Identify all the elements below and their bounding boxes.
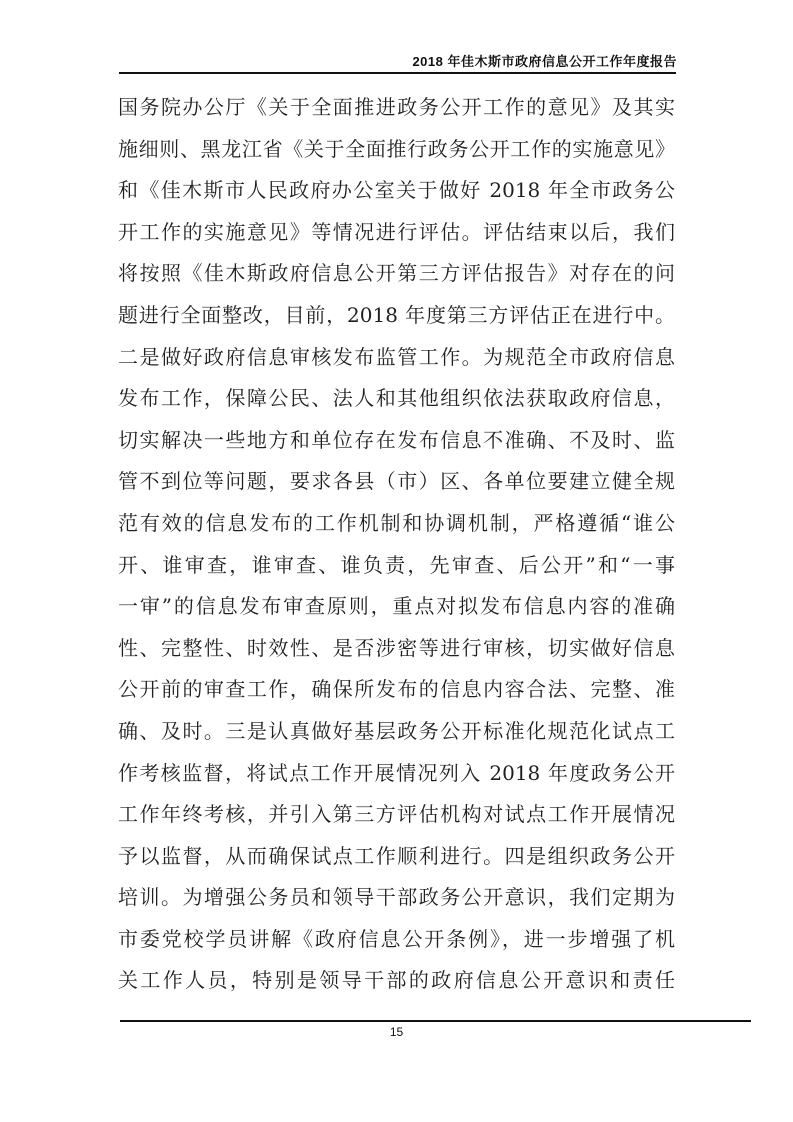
body-line: 培训。为增强公务员和领导干部政务公开意识，我们定期为 [118, 877, 675, 919]
body-line: 性、完整性、时效性、是否涉密等进行审核，切实做好信息 [118, 628, 675, 670]
header-rule [119, 72, 676, 74]
body-line: 范有效的信息发布的工作机制和协调机制，严格遵循“谁公 [118, 503, 675, 545]
body-line: 工作年终考核，并引入第三方评估机构对试点工作开展情况 [118, 794, 675, 836]
page-number: 15 [0, 1025, 793, 1039]
body-line: 市委党校学员讲解《政府信息公开条例》，进一步增强了机 [118, 919, 675, 961]
body-line: 开工作的实施意见》等情况进行评估。评估结束以后，我们 [118, 212, 675, 254]
body-line: 二是做好政府信息审核发布监管工作。为规范全市政府信息 [118, 337, 675, 379]
body-line: 国务院办公厅《关于全面推进政务公开工作的意见》及其实 [118, 87, 675, 129]
body-line: 题进行全面整改，目前，2018 年度第三方评估正在进行中。 [118, 295, 675, 337]
body-line: 一审”的信息发布审查原则，重点对拟发布信息内容的准确 [118, 586, 675, 628]
body-line: 施细则、黑龙江省《关于全面推行政务公开工作的实施意见》 [118, 129, 675, 171]
report-page: 2018 年佳木斯市政府信息公开工作年度报告 国务院办公厅《关于全面推进政务公开… [0, 0, 793, 1122]
body-line: 切实解决一些地方和单位存在发布信息不准确、不及时、监 [118, 420, 675, 462]
body-line: 公开前的审查工作，确保所发布的信息内容合法、完整、准 [118, 669, 675, 711]
body-line: 确、及时。三是认真做好基层政务公开标准化规范化试点工 [118, 711, 675, 753]
footer-rule [120, 1020, 751, 1022]
page-header-title: 2018 年佳木斯市政府信息公开工作年度报告 [118, 51, 677, 70]
body-line: 管不到位等问题，要求各县（市）区、各单位要建立健全规 [118, 461, 675, 503]
body-line: 发布工作，保障公民、法人和其他组织依法获取政府信息， [118, 378, 675, 420]
body-line: 开、谁审查，谁审查、谁负责，先审查、后公开”和“一事 [118, 545, 675, 587]
body-line: 关工作人员，特别是领导干部的政府信息公开意识和责任 [118, 960, 675, 1002]
body-line: 作考核监督，将试点工作开展情况列入 2018 年度政务公开 [118, 753, 675, 795]
body-line: 予以监督，从而确保试点工作顺利进行。四是组织政务公开 [118, 836, 675, 878]
body-line: 和《佳木斯市人民政府办公室关于做好 2018 年全市政务公 [118, 170, 675, 212]
body-line: 将按照《佳木斯政府信息公开第三方评估报告》对存在的问 [118, 253, 675, 295]
body-text: 国务院办公厅《关于全面推进政务公开工作的意见》及其实 施细则、黑龙江省《关于全面… [118, 87, 675, 1002]
